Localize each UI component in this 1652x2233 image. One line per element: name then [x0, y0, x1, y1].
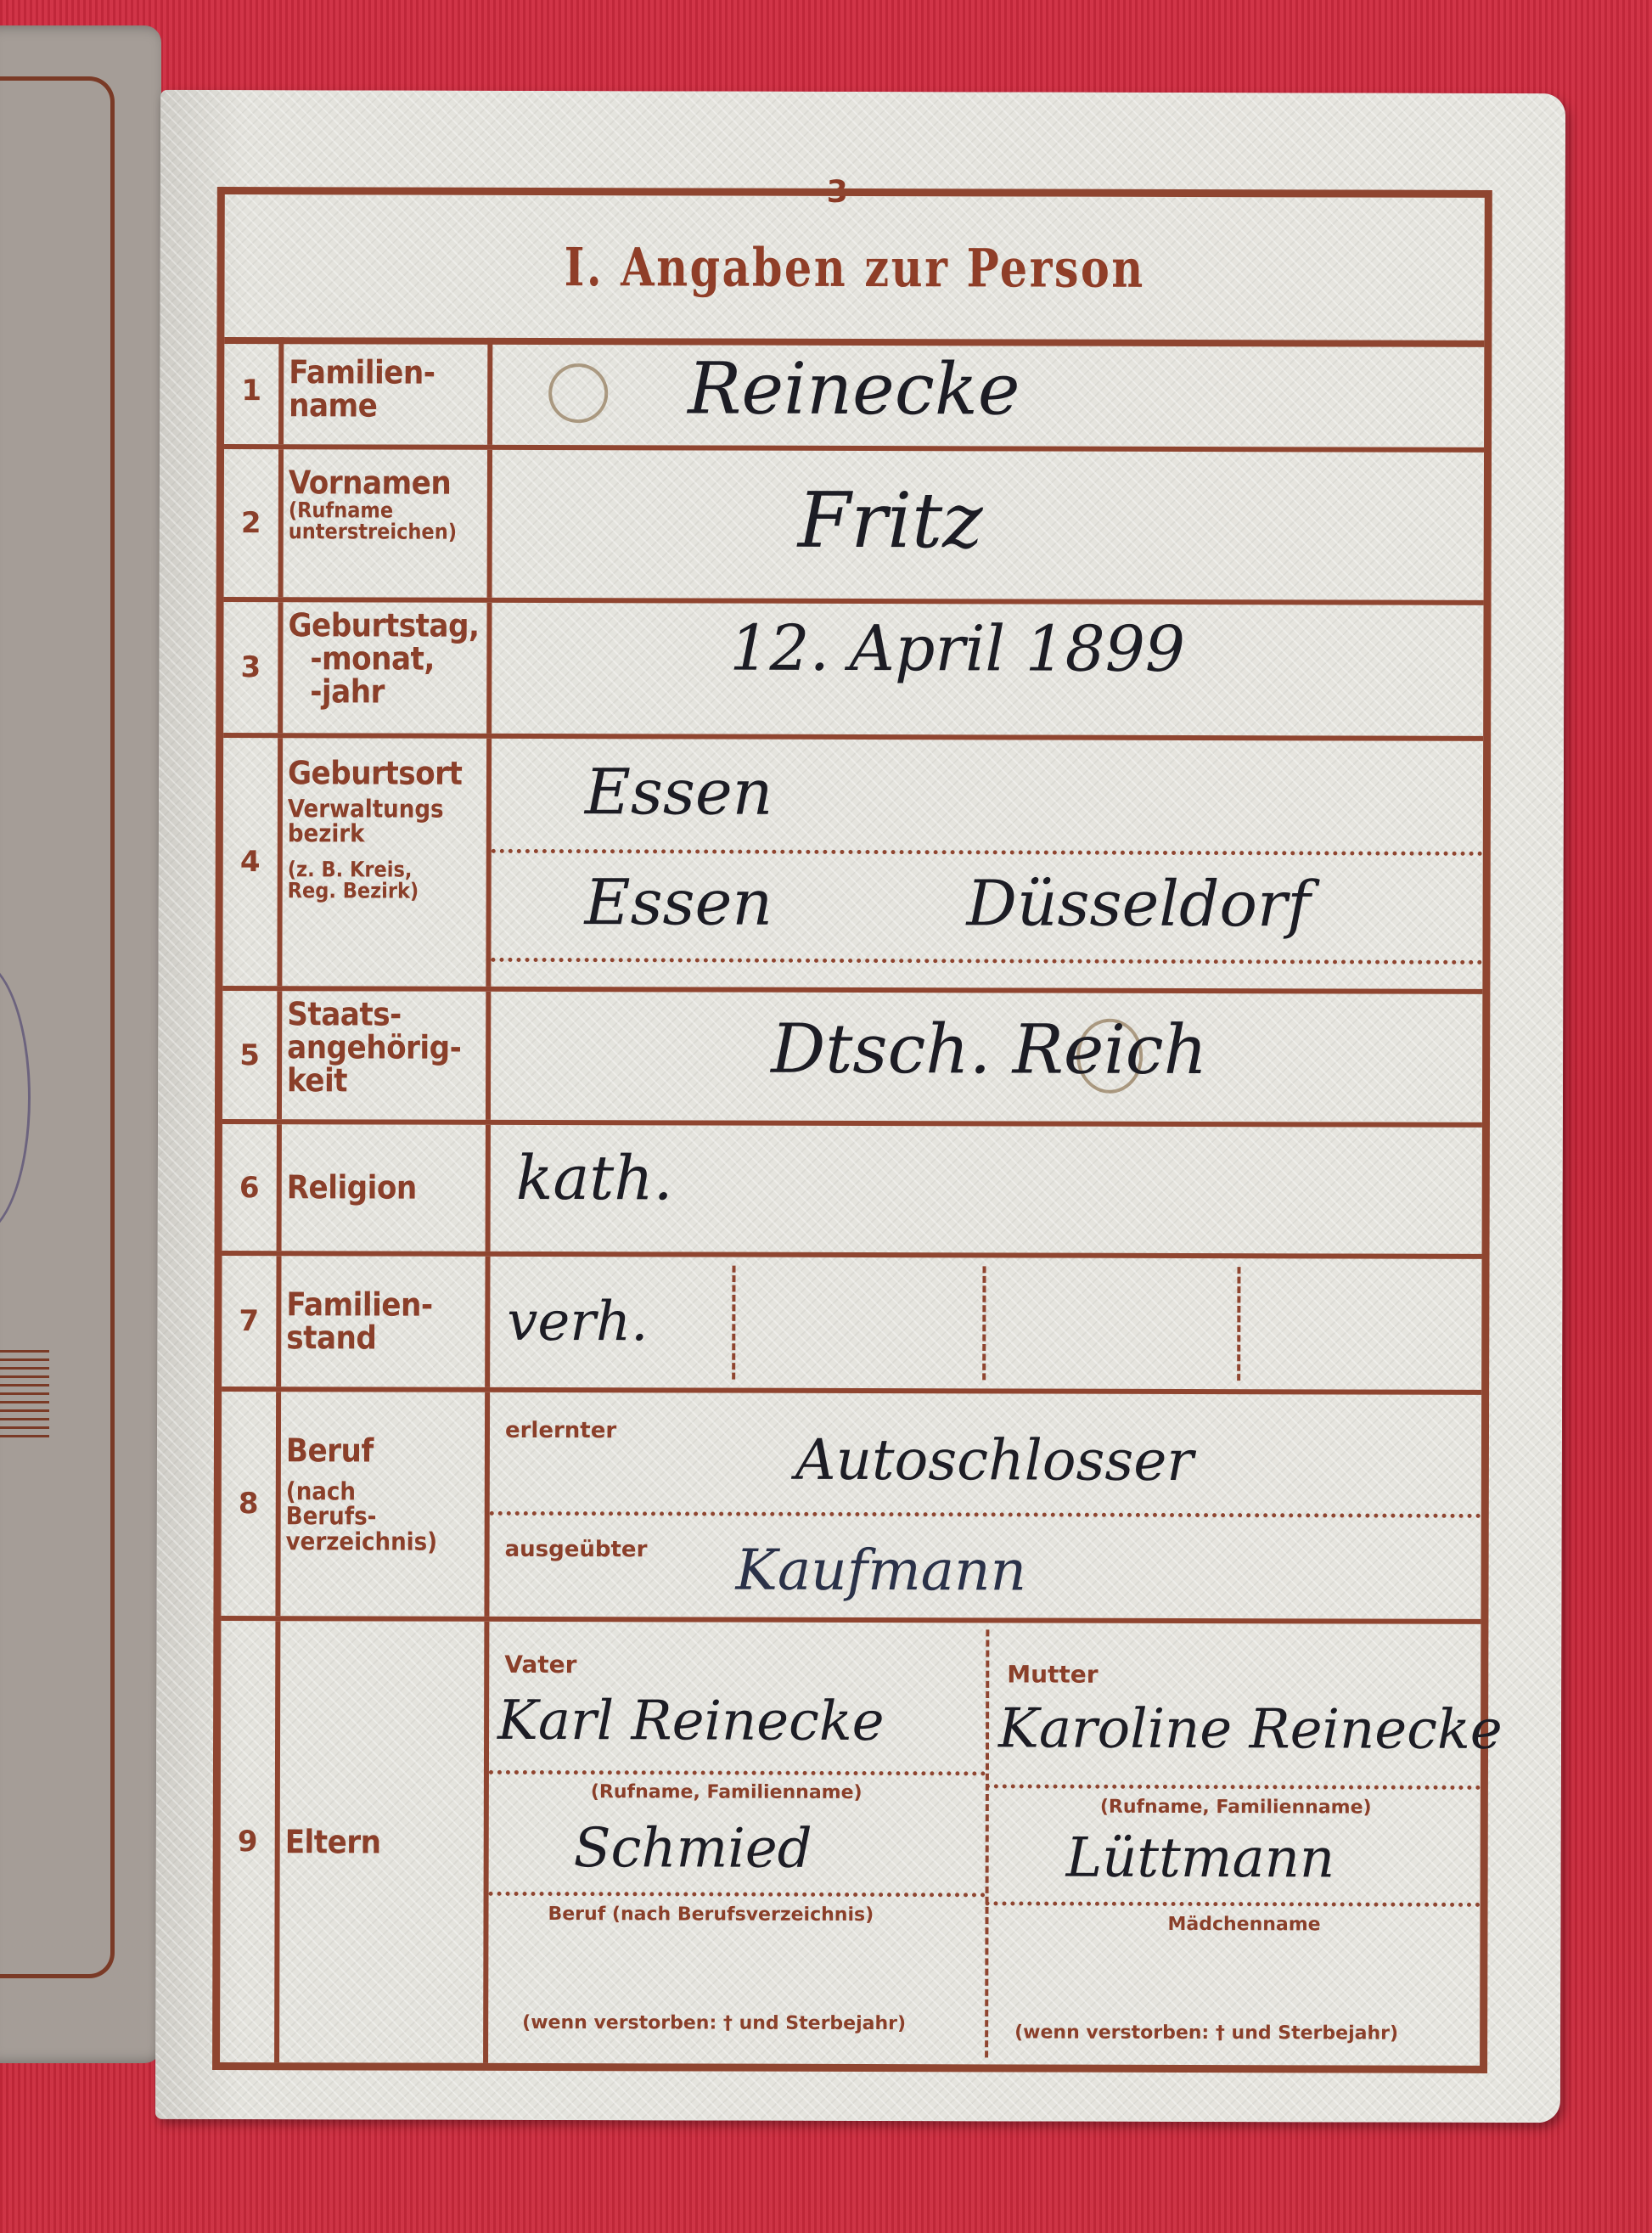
- row-number: 7: [222, 1256, 281, 1386]
- learned-occupation-label: erlernter: [505, 1418, 616, 1443]
- row-label: Beruf (nach Berufs- verzeichnis): [275, 1392, 490, 1617]
- father-occupation-value: Schmied: [574, 1817, 812, 1881]
- father-occupation-caption: Beruf (nach Berufsverzeichnis): [548, 1904, 874, 1926]
- section-title: I. Angaben zur Person: [564, 236, 1144, 300]
- birth-date-field[interactable]: 12. April 1899: [492, 603, 1483, 736]
- document-page: 3 I. Angaben zur Person 1 Familien- name…: [155, 90, 1565, 2123]
- dotted-line: [986, 1901, 1481, 1907]
- dotted-line: [491, 958, 1482, 965]
- dashed-divider: [732, 1266, 735, 1380]
- given-names-value: Fritz: [798, 476, 983, 566]
- row-label: Eltern: [274, 1621, 489, 2063]
- row-number: 5: [222, 991, 282, 1119]
- row-number: 3: [223, 602, 283, 733]
- dotted-line: [492, 849, 1483, 856]
- learned-occupation-value: Autoschlosser: [795, 1427, 1194, 1493]
- row-family-name: 1 Familien- name Reinecke: [224, 337, 1484, 453]
- mother-maiden-name-value: Lüttmann: [1066, 1827, 1335, 1891]
- birth-date-value: 12. April 1899: [729, 612, 1185, 686]
- personal-data-form: I. Angaben zur Person 1 Familien- name R…: [212, 187, 1492, 2073]
- marital-status-value: verh.: [507, 1291, 648, 1353]
- row-religion: 6 Religion kath.: [222, 1124, 1482, 1259]
- mother-deceased-caption: (wenn verstorben: † und Sterbejahr): [1014, 2022, 1398, 2044]
- religion-field[interactable]: kath.: [491, 1125, 1482, 1254]
- dashed-divider: [985, 1629, 989, 2057]
- family-name-value: Reinecke: [688, 346, 1020, 430]
- row-birth-date: 3 Geburtstag, -monat, -jahr 12. April 18…: [223, 602, 1483, 741]
- occupation-field[interactable]: erlernter Autoschlosser ausgeübter Kaufm…: [489, 1392, 1481, 1619]
- parents-field: Vater Karl Reinecke (Rufname, Familienna…: [488, 1622, 1481, 2066]
- row-given-names: 2 Vornamen (Rufname unterstreichen) Frit…: [224, 449, 1484, 605]
- row-birthplace: 4 Geburtsort Verwaltungs bezirk (z. B. K…: [222, 738, 1483, 994]
- birthplace-field[interactable]: Essen Essen Düsseldorf: [491, 739, 1483, 989]
- row-nationality: 5 Staats- angehörig- keit Dtsch. Reich: [222, 991, 1482, 1128]
- father-name-caption: (Rufname, Familienname): [591, 1781, 863, 1803]
- row-number: 8: [221, 1392, 281, 1616]
- row-number: 2: [224, 449, 284, 597]
- practiced-occupation-value: Kaufmann: [735, 1538, 1026, 1604]
- mother-maiden-name-caption: Mädchenname: [1167, 1914, 1320, 1935]
- practiced-occupation-label: ausgeübter: [505, 1537, 648, 1562]
- row-number: 9: [220, 1621, 280, 2062]
- mother-name-caption: (Rufname, Familienname): [1100, 1797, 1372, 1819]
- religion-value: kath.: [516, 1142, 673, 1213]
- row-label: Geburtsort Verwaltungs bezirk (z. B. Kre…: [277, 738, 492, 987]
- father-deceased-caption: (wenn verstorben: † und Sterbejahr): [522, 2012, 906, 2034]
- father-heading: Vater: [504, 1651, 576, 1679]
- dashed-divider: [1237, 1267, 1240, 1381]
- row-label: Familien- stand: [276, 1256, 490, 1387]
- row-label: Staats- angehörig- keit: [277, 991, 491, 1120]
- birthplace-value: Essen: [585, 756, 773, 830]
- row-marital-status: 7 Familien- stand verh.: [222, 1256, 1481, 1395]
- dotted-line: [489, 1892, 986, 1898]
- row-number: 4: [222, 738, 283, 986]
- marital-status-field[interactable]: verh.: [490, 1257, 1481, 1390]
- row-number: 1: [224, 337, 284, 444]
- mother-name-value: Karoline Reinecke: [998, 1697, 1503, 1762]
- row-number: 6: [222, 1124, 282, 1251]
- dotted-line: [489, 1770, 986, 1776]
- district-value: Essen: [585, 866, 773, 940]
- family-name-field[interactable]: Reinecke: [492, 338, 1484, 447]
- region-value: Düsseldorf: [967, 867, 1311, 941]
- dotted-line: [490, 1511, 1481, 1518]
- previous-page-edge: [0, 25, 161, 2063]
- row-label: Vornamen (Rufname unterstreichen): [278, 449, 492, 598]
- row-label: Religion: [277, 1124, 491, 1251]
- row-occupation: 8 Beruf (nach Berufs- verzeichnis) erler…: [221, 1392, 1481, 1624]
- row-parents: 9 Eltern Vater Karl Reinecke (Rufname, F…: [220, 1621, 1481, 2066]
- printed-lines-decoration: [0, 1350, 49, 1443]
- row-label: Geburtstag, -monat, -jahr: [278, 602, 492, 734]
- row-label: Familien- name: [278, 337, 492, 445]
- nationality-value: Dtsch. Reich: [771, 1010, 1207, 1089]
- mother-heading: Mutter: [1007, 1660, 1098, 1688]
- section-header: I. Angaben zur Person: [224, 194, 1484, 347]
- dotted-line: [986, 1784, 1481, 1790]
- stain-mark: [548, 363, 608, 423]
- dashed-divider: [982, 1266, 986, 1380]
- nationality-field[interactable]: Dtsch. Reich: [491, 992, 1482, 1122]
- given-names-field[interactable]: Fritz: [492, 450, 1484, 600]
- father-name-value: Karl Reinecke: [497, 1690, 885, 1753]
